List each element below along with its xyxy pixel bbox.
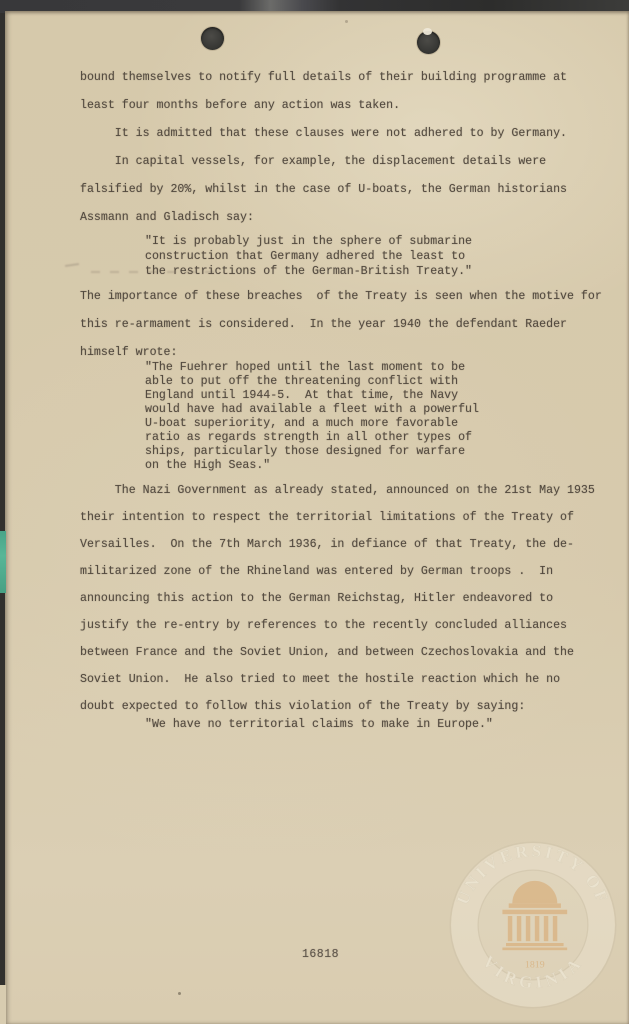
left-edge-teal-tape [0, 531, 6, 593]
text-line: militarized zone of the Rhineland was en… [80, 558, 625, 585]
text-line: "The Fuehrer hoped until the last moment… [145, 361, 625, 375]
text-line: announcing this action to the German Rei… [80, 585, 625, 612]
text-line: The importance of these breaches of the … [80, 283, 625, 311]
text-line: "It is probably just in the sphere of su… [145, 234, 625, 249]
text-line: would have had available a fleet with a … [145, 403, 625, 417]
block-quote-no-territorial-claims: "We have no territorial claims to make i… [145, 717, 625, 732]
text-line: bound themselves to notify full details … [80, 64, 625, 92]
text-line: ratio as regards strength in all other t… [145, 431, 625, 445]
text-line: ships, particularly those designed for w… [145, 445, 625, 459]
paper-speck [345, 20, 348, 23]
paragraph-importance-breaches: The importance of these breaches of the … [80, 283, 625, 367]
text-line: least four months before any action was … [80, 92, 625, 120]
text-line: able to put off the threatening conflict… [145, 375, 625, 389]
text-line: England until 1944-5. At that time, the … [145, 389, 625, 403]
text-line: between France and the Soviet Union, and… [80, 639, 625, 666]
text-line: In capital vessels, for example, the dis… [80, 148, 625, 176]
left-edge-paper-curl [0, 985, 6, 1024]
typed-text-block: bound themselves to notify full details … [80, 64, 625, 732]
text-line: Assmann and Gladisch say: [80, 204, 625, 232]
text-line: Soviet Union. He also tried to meet the … [80, 666, 625, 693]
text-line: "We have no territorial claims to make i… [145, 717, 625, 732]
text-line: Versailles. On the 7th March 1936, in de… [80, 531, 625, 558]
punch-hole-left [201, 27, 224, 50]
text-line: on the High Seas." [145, 459, 625, 473]
scanned-document-viewport: bound themselves to notify full details … [0, 0, 629, 1024]
paragraph-admitted-clauses: It is admitted that these clauses were n… [80, 120, 625, 148]
text-line: It is admitted that these clauses were n… [80, 120, 625, 148]
seal-founding-year: 1819 [525, 959, 545, 970]
text-line: U-boat superiority, and a much more favo… [145, 417, 625, 431]
text-line: their intention to respect the territori… [80, 504, 625, 531]
text-line: The Nazi Government as already stated, a… [80, 477, 625, 504]
paper-speck [178, 992, 181, 995]
text-line: this re-armament is considered. In the y… [80, 311, 625, 339]
page-number: 16818 [302, 948, 339, 961]
paragraph-nazi-government-rhineland: The Nazi Government as already stated, a… [80, 477, 625, 720]
punch-hole-right [417, 31, 440, 54]
paragraph-building-programme: bound themselves to notify full details … [80, 64, 625, 120]
erased-pencil-smudge [63, 263, 223, 277]
text-line: doubt expected to follow this violation … [80, 693, 625, 720]
university-of-virginia-watermark-seal: UNIVERSITY OF VIRGINIA 1819 [443, 835, 623, 1015]
block-quote-fuehrer-raeder: "The Fuehrer hoped until the last moment… [145, 361, 625, 473]
text-line: justify the re-entry by references to th… [80, 612, 625, 639]
paragraph-capital-vessels: In capital vessels, for example, the dis… [80, 148, 625, 232]
text-line: falsified by 20%, whilst in the case of … [80, 176, 625, 204]
text-line: construction that Germany adhered the le… [145, 249, 625, 264]
